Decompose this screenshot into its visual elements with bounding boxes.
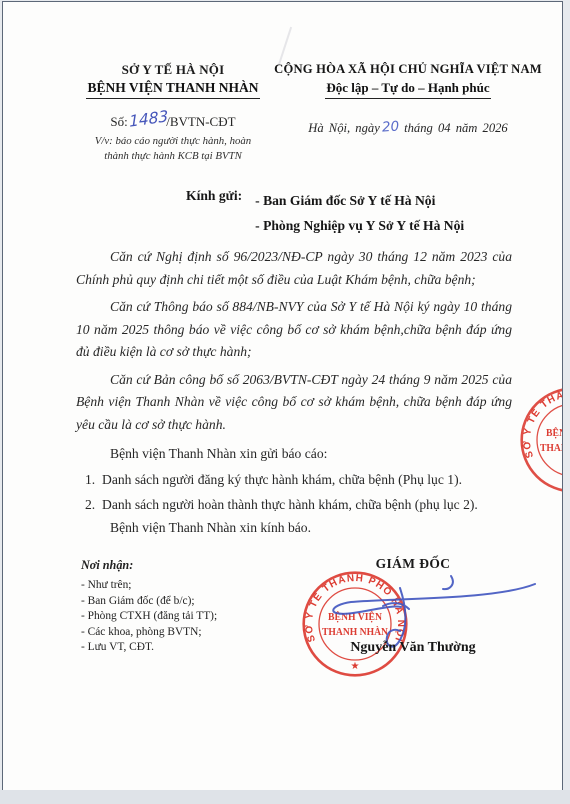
recipient-line-1: - Ban Giám đốc Sở Y tế Hà Nội [255,188,464,213]
legal-basis-paragraph-2: Căn cứ Thông báo số 884/NB-NVY của Sở Y … [76,296,512,364]
recipient-block: Kính gửi: - Ban Giám đốc Sở Y tế Hà Nội … [186,188,464,238]
signature-block: GIÁM ĐỐC SỞ Y TẾ THÀNH PHỐ HÀ NỘI BỆNH V… [298,556,528,676]
handwritten-ref-number: 1483 [129,107,169,131]
subject-note-line1: V/v: báo cáo người thực hành, hoàn [61,134,285,149]
national-title: CỘNG HÒA XÃ HỘI CHỦ NGHĨA VIỆT NAM [265,62,551,77]
recipient-lines: - Ban Giám đốc Sở Y tế Hà Nội - Phòng Ng… [255,188,464,238]
director-signature-ink [303,572,543,672]
hospital-round-stamp-edge: SỞ Y TẾ THÀNH PHỐ HÀ NỘI BỆNH VIỆN THANH… [519,386,563,494]
national-motto: Độc lập – Tự do – Hạnh phúc [265,80,551,99]
distribution-item: - Như trên; [81,578,217,594]
list-item-text: Danh sách người đăng ký thực hành khám, … [102,467,462,492]
stamp-center-line2: THANH NHÀN [540,442,563,454]
reference-suffix: /BVTN-CĐT [166,114,235,129]
list-item-number: 2. [85,492,102,517]
report-list-item: 1. Danh sách người đăng ký thực hành khá… [76,467,512,492]
document-page: SỞ Y TẾ HÀ NỘI BỆNH VIỆN THANH NHÀN Số:1… [2,1,563,791]
issuer-hospital-text: BỆNH VIỆN THANH NHÀN [86,80,261,99]
list-item-number: 1. [85,467,102,492]
letter-body: Căn cứ Nghị định số 96/2023/NĐ-CP ngày 3… [76,246,512,545]
reference-label: Số: [110,114,127,129]
distribution-item: - Ban Giám đốc (để b/c); [81,594,217,610]
signer-name: Nguyễn Văn Thường [298,640,528,656]
stamp-center-line1: BỆNH VIỆN [546,426,563,439]
legal-basis-paragraph-3: Căn cứ Bản công bố số 2063/BVTN-CĐT ngày… [76,369,512,437]
handwritten-day: 20 [381,118,399,135]
reference-number-line: Số:1483/BVTN-CĐT [61,112,285,130]
distribution-item: - Phòng CTXH (đăng tải TT); [81,609,217,625]
distribution-item: - Lưu VT, CĐT. [81,640,217,656]
scanned-document-viewport: { "colors": { "stamp_red": "#dc3c32", "i… [0,0,570,804]
distribution-label: Nơi nhận: [81,558,217,573]
place-date-line: Hà Nội, ngày20 tháng 04 năm 2026 [265,120,551,136]
subject-note: V/v: báo cáo người thực hành, hoàn thành… [61,134,285,163]
national-motto-text: Độc lập – Tự do – Hạnh phúc [325,80,490,99]
recipient-line-2: - Phòng Nghiệp vụ Y Sở Y tế Hà Nội [255,213,464,238]
issuer-hospital: BỆNH VIỆN THANH NHÀN [61,80,285,99]
list-item-text: Danh sách người hoàn thành thực hành khá… [102,492,478,517]
date-suffix: tháng 04 năm 2026 [404,121,508,135]
issuer-header: SỞ Y TẾ HÀ NỘI BỆNH VIỆN THANH NHÀN Số:1… [61,62,285,163]
distribution-item: - Các khoa, phòng BVTN; [81,625,217,641]
date-prefix: Hà Nội, ngày [308,121,380,135]
issuer-department: SỞ Y TẾ HÀ NỘI [61,62,285,78]
national-header: CỘNG HÒA XÃ HỘI CHỦ NGHĨA VIỆT NAM Độc l… [265,62,551,136]
subject-note-line2: thành thực hành KCB tại BVTN [61,149,285,164]
report-intro: Bệnh viện Thanh Nhàn xin gửi báo cáo: [76,441,512,466]
report-list-item: 2. Danh sách người hoàn thành thực hành … [76,492,512,517]
scan-background-strip [0,790,570,804]
scan-artifact-line [278,27,292,66]
distribution-list: Nơi nhận: - Như trên; - Ban Giám đốc (để… [81,558,217,656]
recipient-label: Kính gửi: [186,188,242,238]
closing-sentence: Bệnh viện Thanh Nhàn xin kính báo. [76,517,512,540]
legal-basis-paragraph-1: Căn cứ Nghị định số 96/2023/NĐ-CP ngày 3… [76,246,512,291]
